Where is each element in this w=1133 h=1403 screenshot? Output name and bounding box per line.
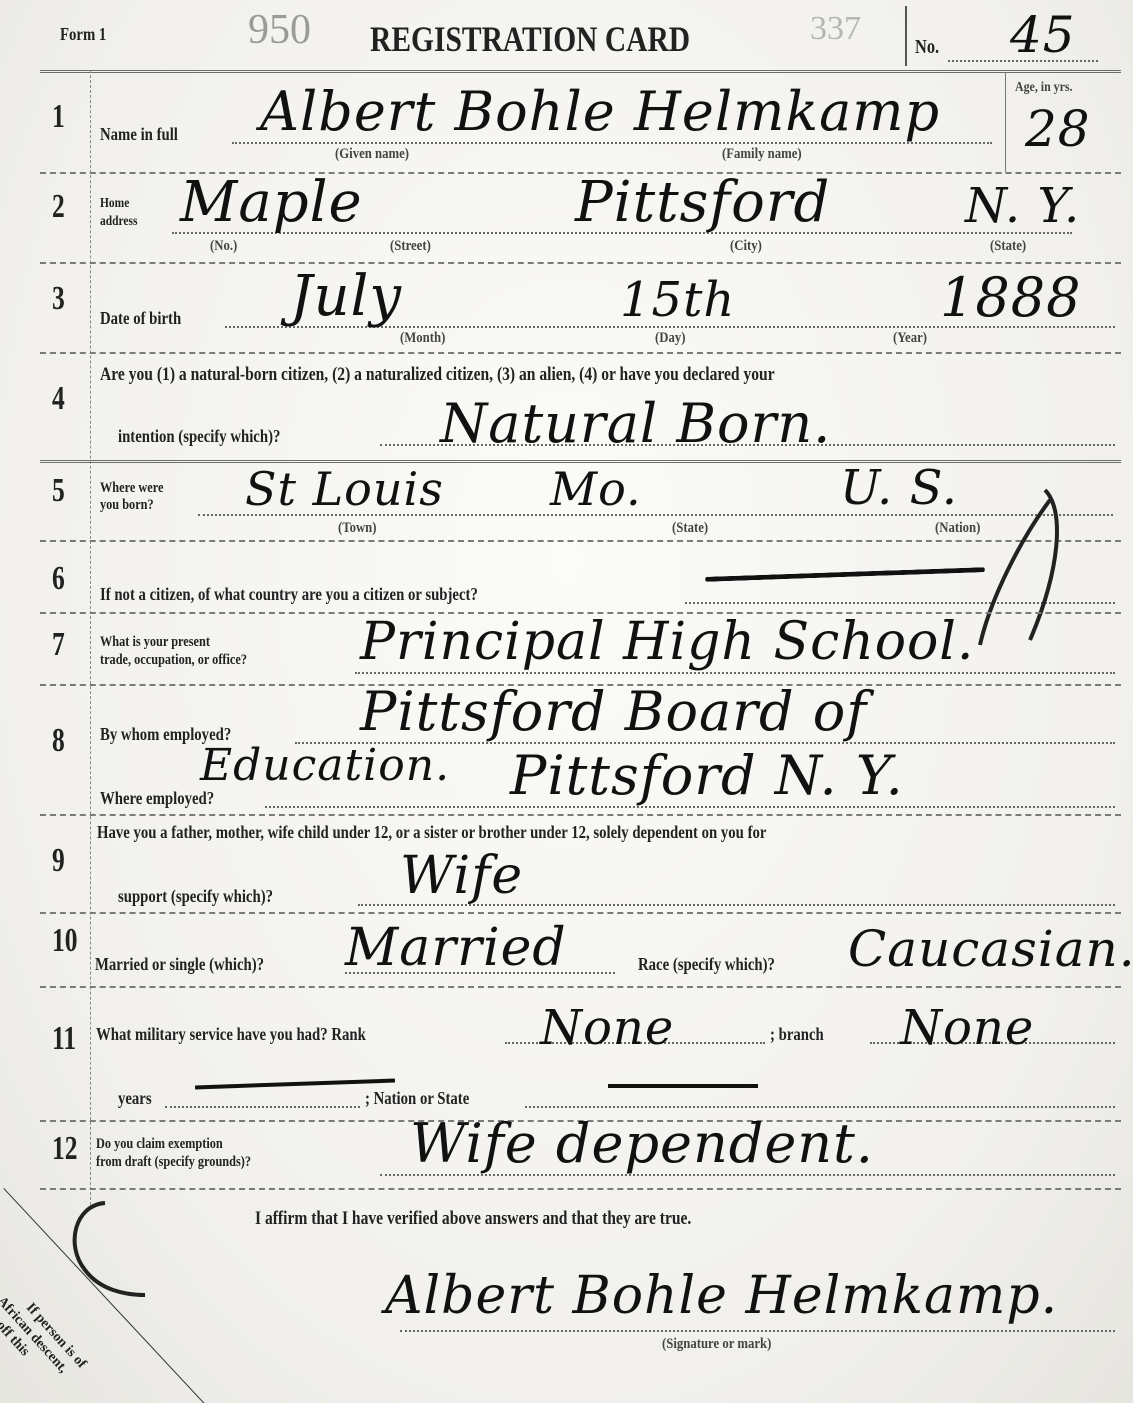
label-draft-grounds: from draft (specify grounds)? xyxy=(96,1154,251,1171)
age-value: 28 xyxy=(1025,100,1091,158)
form-label: Form 1 xyxy=(60,24,106,45)
question-number-8: 8 xyxy=(52,722,65,760)
address-city: Pittsford xyxy=(575,170,830,235)
stamp-number-right: 337 xyxy=(810,10,861,48)
divider xyxy=(40,912,1121,914)
support-value: Wife xyxy=(400,846,523,906)
race-value: Caucasian. xyxy=(848,920,1133,978)
divider xyxy=(40,814,1121,816)
label-home: Home xyxy=(100,196,129,212)
dob-day: 15th xyxy=(620,272,735,328)
where-employed-value: Pittsford N. Y. xyxy=(510,744,904,807)
address-state: N. Y. xyxy=(965,178,1080,234)
divider xyxy=(40,70,1121,73)
sub-month: (Month) xyxy=(400,330,445,347)
marital-value: Married xyxy=(345,918,567,978)
citizenship-value: Natural Born. xyxy=(440,392,831,455)
label-where-employed: Where employed? xyxy=(100,788,214,809)
label-support: support (specify which)? xyxy=(118,886,273,907)
age-box-rule xyxy=(1005,72,1006,172)
divider xyxy=(40,986,1121,988)
label-country-citizen: If not a citizen, of what country are yo… xyxy=(100,584,478,605)
divider xyxy=(40,352,1121,354)
question-number-6: 6 xyxy=(52,560,65,598)
corner-mark-icon xyxy=(65,1195,155,1305)
sub-family-name: (Family name) xyxy=(722,146,802,163)
label-address: address xyxy=(100,214,137,230)
divider xyxy=(40,1188,1121,1190)
label-present-trade: What is your present xyxy=(100,634,210,651)
question-number-7: 7 xyxy=(52,626,65,664)
years-line xyxy=(165,1106,360,1108)
affirmation-text: I affirm that I have verified above answ… xyxy=(255,1208,691,1230)
sub-state: (State) xyxy=(990,238,1026,255)
occupation-line xyxy=(355,672,1115,674)
signature-label: (Signature or mark) xyxy=(662,1336,771,1353)
label-years: years xyxy=(118,1088,152,1109)
signature: Albert Bohle Helmkamp. xyxy=(385,1266,1058,1326)
sub-no: (No.) xyxy=(210,238,237,255)
number-column-rule xyxy=(90,70,91,1210)
label-race: Race (specify which)? xyxy=(638,954,775,975)
nation-dash-mark xyxy=(608,1084,758,1088)
divider xyxy=(40,262,1121,264)
registration-card: Form 1 950 REGISTRATION CARD 337 No. 45 … xyxy=(0,0,1133,1403)
branch-value: None xyxy=(900,1000,1034,1056)
stamp-number-left: 950 xyxy=(248,6,311,54)
birthplace-town: St Louis xyxy=(245,462,444,516)
label-citizenship-question: Are you (1) a natural-born citizen, (2) … xyxy=(100,364,775,386)
question-number-10: 10 xyxy=(52,922,78,960)
label-intention: intention (specify which)? xyxy=(118,426,280,447)
birthplace-state: Mo. xyxy=(550,462,642,516)
label-branch: ; branch xyxy=(770,1024,824,1045)
country-dash-mark xyxy=(705,567,985,582)
question-number-3: 3 xyxy=(52,280,65,318)
label-claim-exemption: Do you claim exemption xyxy=(96,1136,223,1153)
question-number-4: 4 xyxy=(52,380,65,418)
label-occupation: trade, occupation, or office? xyxy=(100,652,247,669)
label-you-born: you born? xyxy=(100,497,154,514)
employer-value: Pittsford Board of xyxy=(360,680,867,743)
question-number-5: 5 xyxy=(52,472,65,510)
number-value: 45 xyxy=(1010,6,1076,64)
sub-town: (Town) xyxy=(338,520,377,537)
question-number-1: 1 xyxy=(52,98,65,136)
address-street: Maple xyxy=(180,170,363,235)
birthplace-nation: U. S. xyxy=(840,460,958,516)
sub-year: (Year) xyxy=(893,330,927,347)
header-divider xyxy=(905,6,907,66)
number-label: No. xyxy=(915,36,939,59)
signature-line xyxy=(400,1330,1115,1332)
occupation-value: Principal High School. xyxy=(360,612,974,672)
sub-given-name: (Given name) xyxy=(335,146,409,163)
question-number-12: 12 xyxy=(52,1130,78,1168)
sub-city: (City) xyxy=(730,238,762,255)
number-underline xyxy=(948,60,1098,62)
age-label: Age, in yrs. xyxy=(1015,80,1073,96)
label-name-in-full: Name in full xyxy=(100,124,178,145)
dob-month: July xyxy=(290,264,402,329)
label-date-of-birth: Date of birth xyxy=(100,308,181,329)
card-title: REGISTRATION CARD xyxy=(370,18,690,60)
question-number-9: 9 xyxy=(52,842,65,880)
employer-value-continued: Education. xyxy=(200,740,450,791)
label-dependents-question: Have you a father, mother, wife child un… xyxy=(97,822,766,843)
sub-day: (Day) xyxy=(655,330,685,347)
label-military-rank: What military service have you had? Rank xyxy=(96,1024,366,1045)
exemption-value: Wife dependent. xyxy=(410,1112,874,1175)
name-value: Albert Bohle Helmkamp xyxy=(260,80,940,143)
dob-year: 1888 xyxy=(940,266,1081,329)
sub-street: (Street) xyxy=(390,238,431,255)
question-number-11: 11 xyxy=(52,1020,76,1058)
label-nation-or-state: ; Nation or State xyxy=(365,1088,469,1109)
question-number-2: 2 xyxy=(52,188,65,226)
rank-value: None xyxy=(540,1000,674,1056)
label-married-or-single: Married or single (which)? xyxy=(95,954,264,975)
sub-state: (State) xyxy=(672,520,708,537)
label-where-were: Where were xyxy=(100,480,163,497)
nation-line xyxy=(525,1106,1115,1108)
